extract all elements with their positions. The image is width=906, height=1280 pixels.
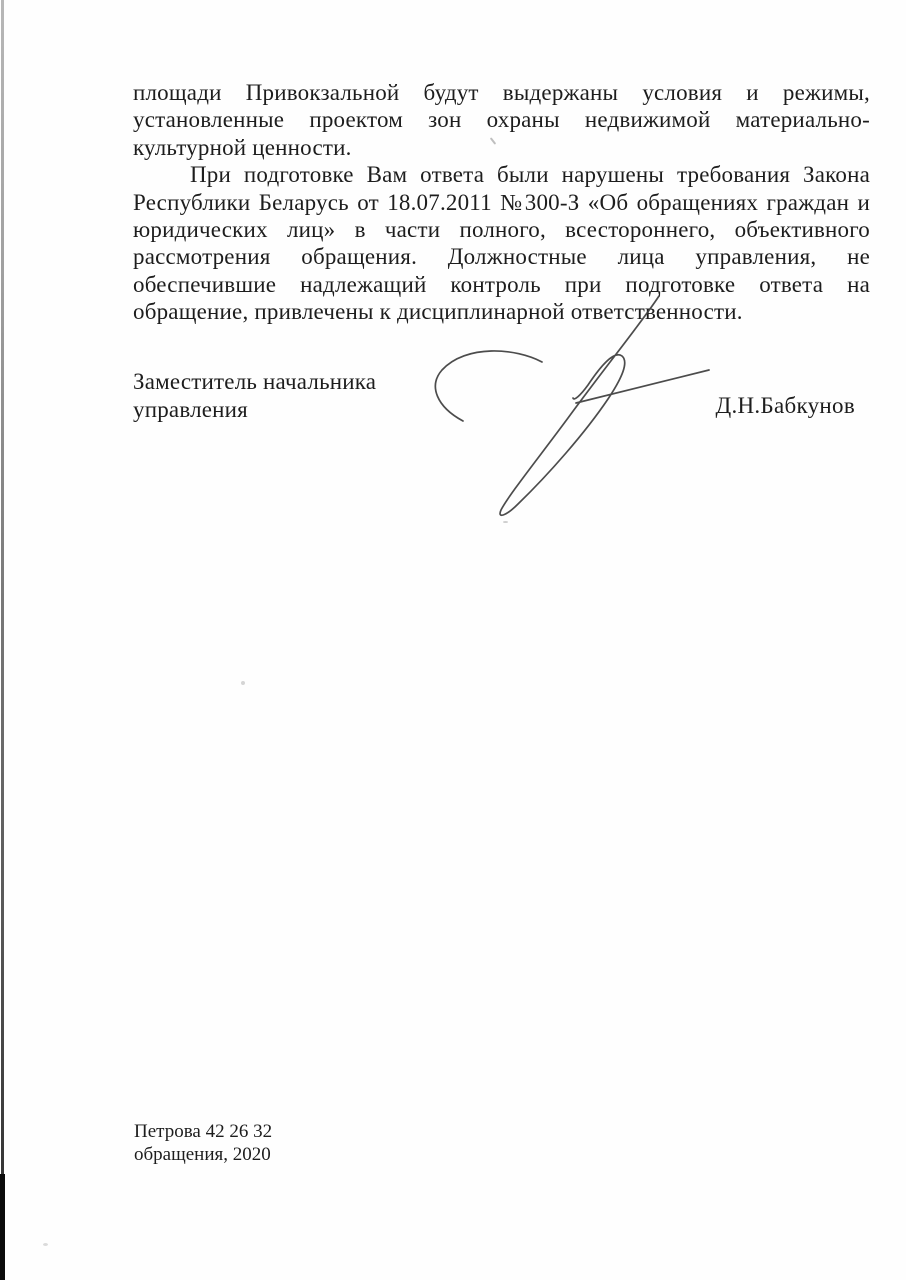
scan-speck [43, 1243, 48, 1246]
scanned-letter-page: площади Привокзальной будут выдержаны ус… [0, 0, 906, 1280]
scan-speck [241, 681, 245, 685]
paragraph-line: рассмотрения обращения. Должностные лица… [133, 243, 870, 270]
paragraph-line: культурной ценности. [133, 134, 870, 161]
paragraph-line: При подготовке Вам ответа были нарушены … [133, 161, 870, 188]
paragraph-line: установленные проектом зон охраны недвиж… [133, 106, 870, 133]
executor-note: Петрова 42 26 32 обращения, 2020 [134, 1120, 272, 1166]
scan-edge-shadow [1, 0, 4, 1280]
paragraph-line: юридических лиц» в части полного, всесто… [133, 216, 870, 243]
scan-speck [503, 521, 508, 523]
executor-phone-line: Петрова 42 26 32 [134, 1120, 272, 1143]
executor-file-line: обращения, 2020 [134, 1143, 272, 1166]
paragraph-line: площади Привокзальной будут выдержаны ус… [133, 79, 870, 106]
scan-edge-shadow-bottom [0, 1174, 5, 1280]
signer-name: Д.Н.Бабкунов [133, 392, 855, 420]
paragraph-line: Республики Беларусь от 18.07.2011 №300-З… [133, 189, 870, 216]
